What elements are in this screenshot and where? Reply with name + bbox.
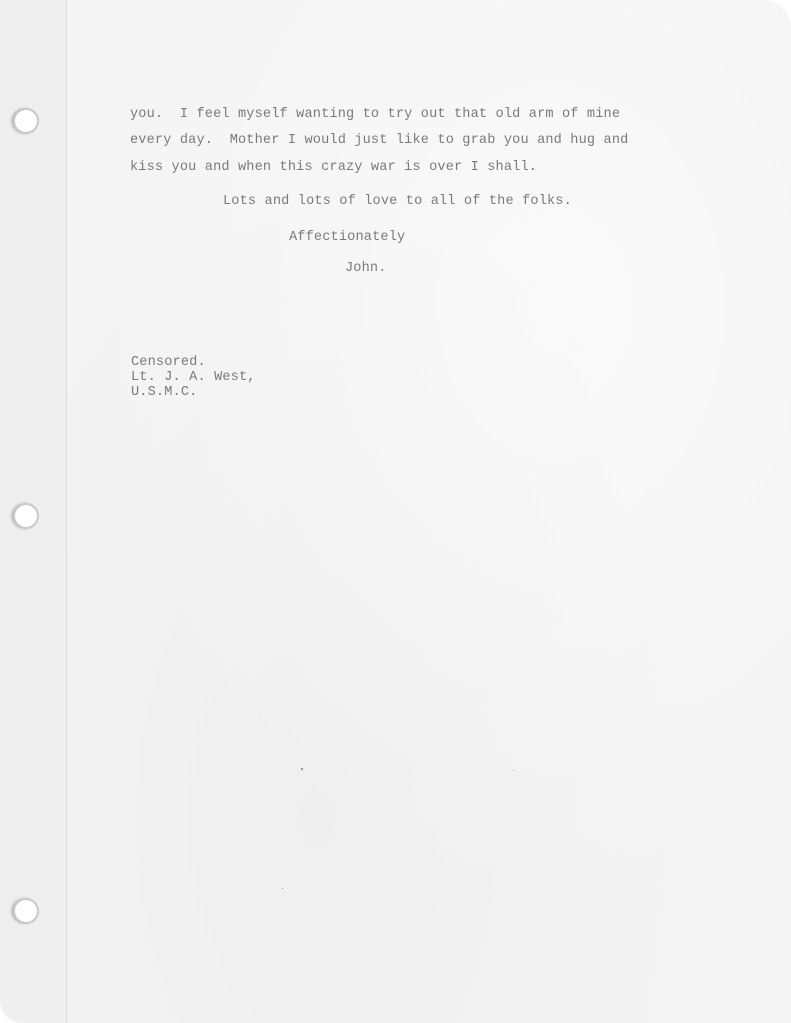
valediction: Affectionately [289,231,405,245]
censor-line-3: U.S.M.C. [131,386,197,400]
body-line-1: you. I feel myself wanting to try out th… [130,108,620,122]
paper-speck [301,768,303,770]
paper-speck [282,888,283,889]
punch-hole-icon [15,505,37,527]
signature: John. [345,262,387,276]
censor-line-2: Lt. J. A. West, [131,371,256,385]
closing-line: Lots and lots of love to all of the folk… [223,195,572,209]
paper-speck [513,770,514,771]
punch-hole-icon [15,900,37,922]
censor-line-1: Censored. [131,356,206,370]
body-line-3: kiss you and when this crazy war is over… [130,161,537,175]
letter-page: you. I feel myself wanting to try out th… [0,0,791,1023]
body-line-2: every day. Mother I would just like to g… [130,134,628,148]
punch-hole-icon [15,110,37,132]
